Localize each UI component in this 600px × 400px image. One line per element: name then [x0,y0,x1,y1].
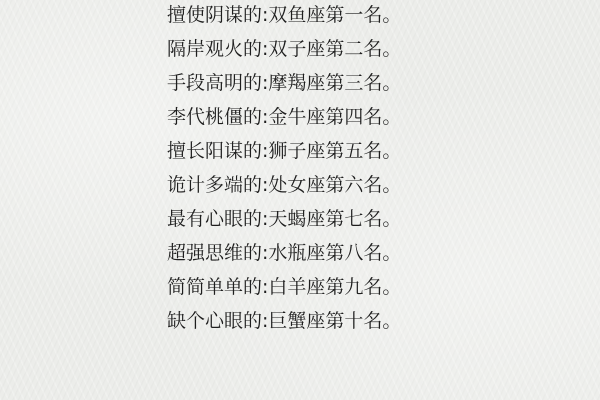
ranking-item-3: 手段高明的:摩羯座第三名。 [167,64,401,102]
ranking-item-7: 最有心眼的:天蝎座第七名。 [167,200,401,238]
ranking-item-5: 擅长阳谋的:狮子座第五名。 [167,132,401,170]
ranking-item-8: 超强思维的:水瓶座第八名。 [167,234,401,272]
ranking-item-2: 隔岸观火的:双子座第二名。 [167,30,401,68]
ranking-item-4: 李代桃僵的:金牛座第四名。 [167,98,401,136]
ranking-item-1: 擅使阴谋的:双鱼座第一名。 [167,0,401,34]
ranking-item-10: 缺个心眼的:巨蟹座第十名。 [167,302,401,340]
ranking-item-9: 简简单单的:白羊座第九名。 [167,268,401,306]
zodiac-ranking-list: 擅使阴谋的:双鱼座第一名。 隔岸观火的:双子座第二名。 手段高明的:摩羯座第三名… [167,0,401,340]
ranking-item-6: 诡计多端的:处女座第六名。 [167,166,401,204]
